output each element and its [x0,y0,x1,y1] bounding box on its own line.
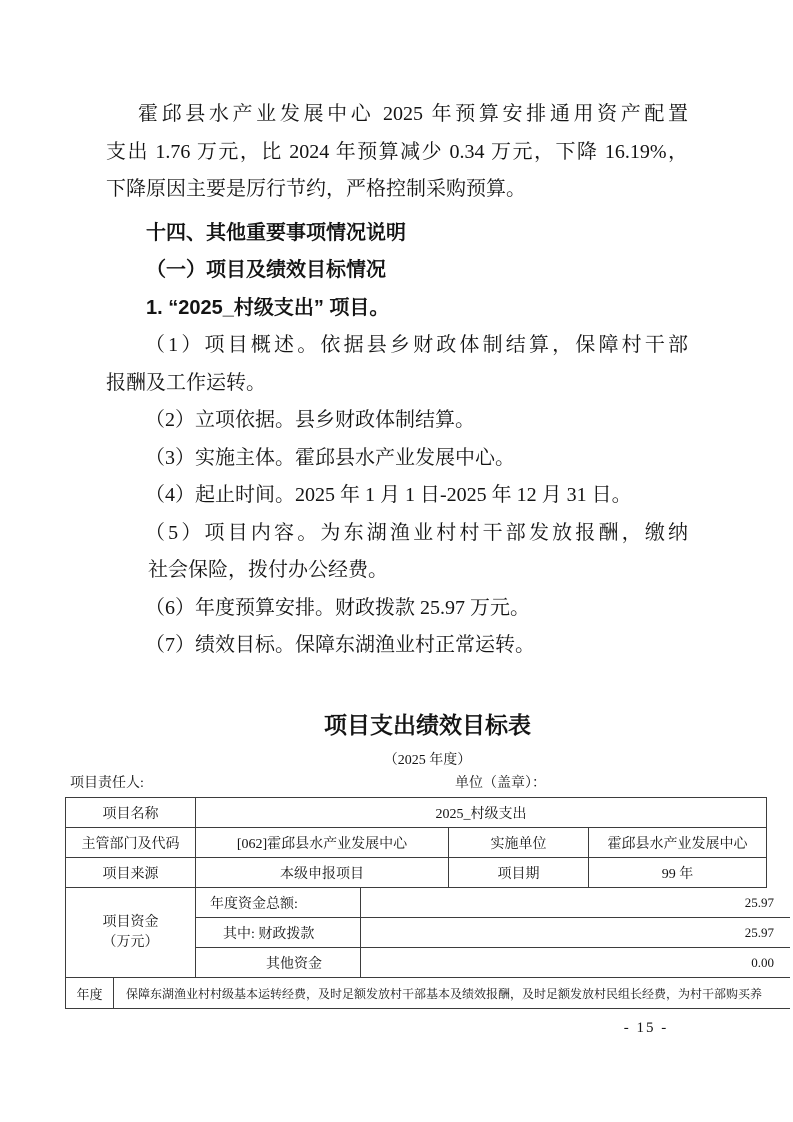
paragraph-line: 支出 1.76 万元，比 2024 年预算减少 0.34 万元，下降 16.19… [106,134,688,172]
project-funds-label-line2: （万元） [103,933,159,953]
item-line: （1）项目概述。依据县乡财政体制结算，保障村干部 [106,327,688,365]
subsection-heading: （一）项目及绩效目标情况 [106,252,688,290]
item-line: （2）立项依据。县乡财政体制结算。 [106,402,688,440]
unit-seal-label: 单位（盖章）： [455,775,546,793]
fiscal-alloc-value: 25.97 [361,918,790,948]
section-heading: 十四、其他重要事项情况说明 [106,215,688,253]
annual-total-value: 25.97 [361,888,790,918]
project-source-label: 项目来源 [66,858,196,888]
item-line: （3）实施主体。霍邱县水产业发展中心。 [106,440,688,478]
project-period-label: 项目期 [449,858,589,888]
item-line: （4）起止时间。2025 年 1 月 1 日-2025 年 12 月 31 日。 [106,477,688,515]
fiscal-alloc-label: 其中: 财政拨款 [196,918,361,948]
other-funds-label: 其他资金 [196,948,361,978]
table-subtitle: （2025 年度） [65,752,790,770]
item-line: （6）年度预算安排。财政拨款 25.97 万元。 [106,590,688,628]
project-name-value: 2025_村级支出 [196,798,767,828]
document-page: 霍邱县水产业发展中心 2025 年预算安排通用资产配置 支出 1.76 万元，比… [0,0,793,1122]
page-number: - 15 - [596,1020,696,1037]
project-funds-label-line1: 项目资金 [103,913,159,933]
paragraph-line: 下降原因主要是厉行节约，严格控制采购预算。 [106,171,688,209]
year-goal-text: 保障东湖渔业村村级基本运转经费，及时足额发放村干部基本及绩效报酬，及时足额发放村… [114,978,790,1009]
dept-code-value: [062]霍邱县水产业发展中心 [196,828,449,858]
item-line: 社会保险，拨付办公经费。 [106,552,688,590]
table-title: 项目支出绩效目标表 [65,709,790,741]
performance-table-year-row: 年度 保障东湖渔业村村级基本运转经费，及时足额发放村干部基本及绩效报酬，及时足额… [65,978,790,1009]
paragraph-line: 霍邱县水产业发展中心 2025 年预算安排通用资产配置 [106,96,688,134]
item-line: （5）项目内容。为东湖渔业村村干部发放报酬，缴纳 [106,515,688,553]
performance-table-funds: 项目资金 （万元） 年度资金总额: 25.97 其中: 财政拨款 25.97 其… [65,888,790,978]
impl-unit-value: 霍邱县水产业发展中心 [589,828,767,858]
other-funds-value: 0.00 [361,948,790,978]
item-line: 报酬及工作运转。 [106,365,688,403]
project-source-value: 本级申报项目 [196,858,449,888]
dept-code-label: 主管部门及代码 [66,828,196,858]
body-text: 霍邱县水产业发展中心 2025 年预算安排通用资产配置 支出 1.76 万元，比… [106,96,688,665]
item-line: （7）绩效目标。保障东湖渔业村正常运转。 [106,627,688,665]
performance-table-top: 项目名称 2025_村级支出 主管部门及代码 [062]霍邱县水产业发展中心 实… [65,797,767,888]
responsible-person-label: 项目责任人: [70,775,144,793]
year-label: 年度 [66,978,114,1009]
project-name-label: 项目名称 [66,798,196,828]
project-period-value: 99 年 [589,858,767,888]
annual-total-label: 年度资金总额: [196,888,361,918]
impl-unit-label: 实施单位 [449,828,589,858]
project-heading: 1. “2025_村级支出” 项目。 [106,290,688,328]
project-funds-label: 项目资金 （万元） [66,888,196,978]
